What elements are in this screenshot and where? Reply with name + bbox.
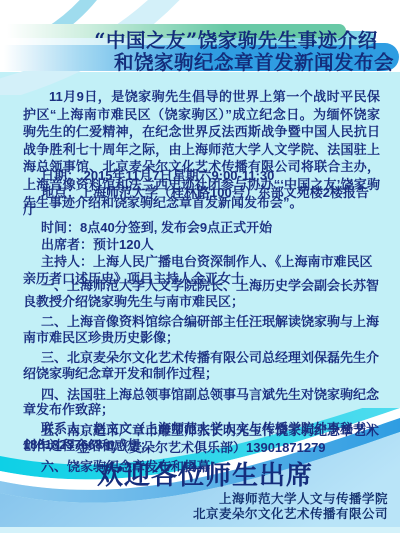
detail-date: 日期： 2015年11月7日星期六9:00-11:30	[23, 167, 380, 184]
organizers-block: 上海师范大学人文与传播学院 北京麦朵尔文化艺术传播有限公司	[193, 491, 388, 521]
organizer-2: 北京麦朵尔文化艺术传播有限公司	[193, 506, 388, 521]
agenda-item-3: 三、北京麦朵尔文化艺术传播有限公司总经理刘保磊先生介绍饶家驹纪念章开发和制作过程…	[23, 350, 380, 381]
agenda-item-2: 二、上海音像资料馆综合编研部主任汪珉解读饶家驹与上海南市难民区珍贵历史影像；	[23, 314, 380, 345]
agenda-item-4: 四、法国驻上海总领事馆副总领事马言斌先生对饶家驹纪念章发布作致辞；	[23, 387, 380, 418]
detail-time: 时间：8点40分签到, 发布会9点正式开始	[23, 219, 380, 236]
poster-title-line2: 和饶家驹纪念章首发新闻发布会	[0, 47, 400, 75]
agenda-item-1: 一、上海师范大学人文学院院长、上海历史学会副会长苏智良教授介绍饶家驹先生与南市难…	[23, 278, 380, 309]
organizer-1: 上海师范大学人文与传播学院	[193, 491, 388, 506]
welcome-message: 欢迎各位师生出席	[0, 455, 400, 492]
event-details: 日期： 2015年11月7日星期六9:00-11:30 地点：上海师范大学（桂林…	[23, 167, 380, 287]
detail-location: 地点：上海师范大学（桂林路100号）东部文苑楼2楼报告厅	[23, 184, 380, 218]
detail-attendees: 出席者：预计120人	[23, 236, 380, 253]
press-release-poster: “中国之友”饶家驹先生事迹介绍 和饶家驹纪念章首发新闻发布会 11月9日，是饶家…	[0, 0, 400, 533]
contact-line-2: 金 鸣（麦朵尔艺术俱乐部）13901871279	[23, 440, 380, 456]
